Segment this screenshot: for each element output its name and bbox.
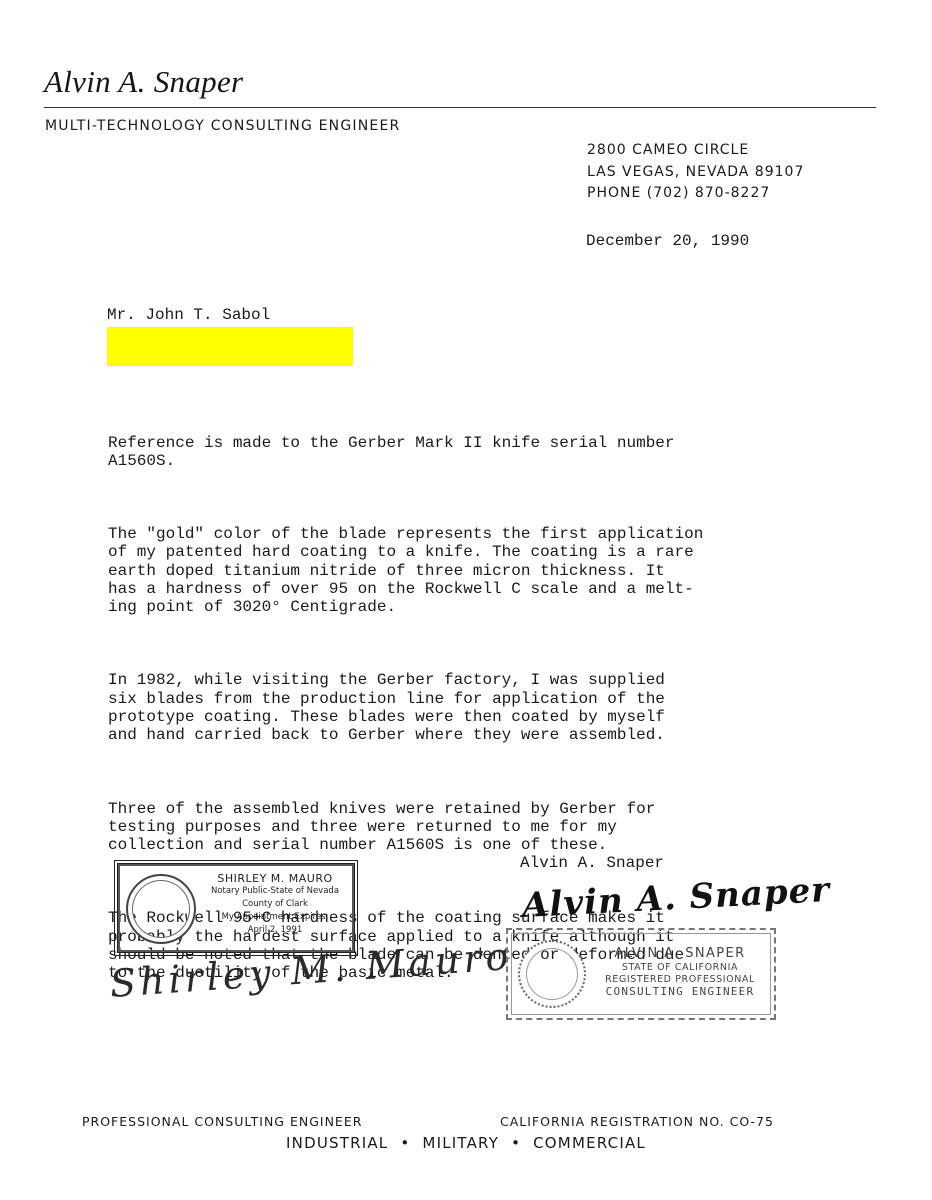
engineer-stamp-name: ALVIN A. SNAPER [592, 946, 768, 962]
letterhead-name: Alvin A. Snaper [44, 64, 243, 100]
california-seal-icon [518, 940, 586, 1008]
engineer-stamp-text: ALVIN A. SNAPER STATE OF CALIFORNIA REGI… [592, 946, 768, 998]
engineer-stamp-state: STATE OF CALIFORNIA [592, 962, 768, 974]
engineer-stamp-title: CONSULTING ENGINEER [592, 986, 768, 998]
address-city: LAS VEGAS, NEVADA 89107 [587, 162, 804, 184]
letterhead-address: 2800 CAMEO CIRCLE LAS VEGAS, NEVADA 8910… [587, 140, 804, 205]
sector-commercial: COMMERCIAL [533, 1134, 646, 1152]
letter-date: December 20, 1990 [586, 232, 749, 250]
notary-county: County of Clark [200, 898, 350, 911]
sector-military: MILITARY [422, 1134, 499, 1152]
letterhead-rule [44, 107, 876, 108]
notary-name: SHIRLEY M. MAURO [200, 872, 350, 885]
footer-sectors: INDUSTRIAL•MILITARY•COMMERCIAL [0, 1134, 932, 1152]
notary-stamp: SHIRLEY M. MAURO Notary Public-State of … [114, 860, 358, 956]
body-paragraph: Reference is made to the Gerber Mark II … [108, 434, 703, 471]
notary-appointment: My Appointment Expires: [200, 911, 350, 924]
address-phone: PHONE (702) 870-8227 [587, 183, 804, 205]
engineer-stamp: ALVIN A. SNAPER STATE OF CALIFORNIA REGI… [506, 928, 776, 1020]
notary-stamp-text: SHIRLEY M. MAURO Notary Public-State of … [200, 872, 350, 937]
notary-expires: April 2, 1991 [200, 924, 350, 937]
body-paragraph: In 1982, while visiting the Gerber facto… [108, 671, 703, 744]
redacted-address [107, 327, 353, 366]
recipient-name: Mr. John T. Sabol [107, 306, 270, 324]
footer-left: PROFESSIONAL CONSULTING ENGINEER [82, 1114, 362, 1129]
body-paragraph: Three of the assembled knives were retai… [108, 800, 703, 855]
notary-title: Notary Public-State of Nevada [200, 885, 350, 898]
bullet-separator: • [511, 1134, 521, 1152]
footer-right: CALIFORNIA REGISTRATION NO. CO-75 [500, 1114, 774, 1129]
typed-signature-name: Alvin A. Snaper [520, 854, 664, 872]
body-paragraph: The "gold" color of the blade represents… [108, 525, 703, 616]
address-street: 2800 CAMEO CIRCLE [587, 140, 804, 162]
letterhead-tagline: MULTI-TECHNOLOGY CONSULTING ENGINEER [45, 118, 400, 134]
nevada-seal-icon [126, 874, 196, 944]
bullet-separator: • [400, 1134, 410, 1152]
sector-industrial: INDUSTRIAL [286, 1134, 388, 1152]
